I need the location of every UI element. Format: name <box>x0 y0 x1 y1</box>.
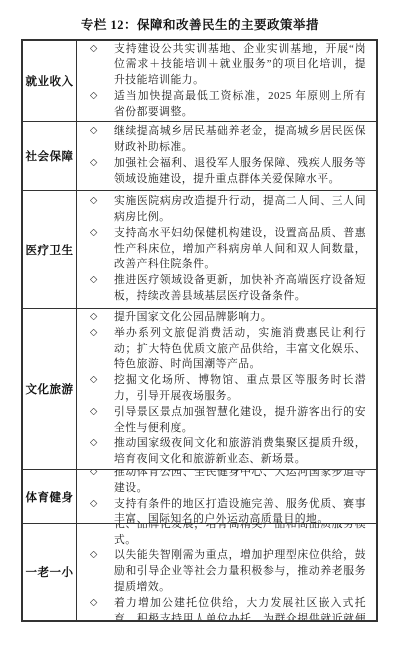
table-row: 医疗卫生◇实施医院病房改造提升行动，提高二人间、三人间病房比例。◇支持高水平妇幼… <box>23 191 376 309</box>
category-cell: 体育健身 <box>23 470 77 523</box>
category-label: 就业收入 <box>26 73 74 89</box>
items-cell: ◇支持建设公共实训基地、企业实训基地，开展“岗位需求＋技能培训＋就业服务”的项目… <box>77 41 376 121</box>
policy-item: ◇引导景区景点加强智慧化建设，提升游客出行的安全性与便利度。 <box>77 405 366 437</box>
item-text: 举办系列文旅促消费活动，实施消费惠民让利行动；扩大特色优质文旅产品供给，丰富文化… <box>114 327 366 371</box>
item-text: 加强社会福利、退役军人服务保障、残疾人服务等领域设施建设，提升重点群体关爱保障水… <box>114 157 366 185</box>
category-label: 文化旅游 <box>26 381 74 397</box>
item-text: 大力发展银发经济，加快规模化、标准化、集群化、品牌化发展，培育高精尖产品和高品质… <box>114 524 366 546</box>
diamond-bullet-icon: ◇ <box>90 596 97 612</box>
policy-items-list: ◇提升国家文化公园品牌影响力。◇举办系列文旅促消费活动，实施消费惠民让利行动；扩… <box>77 310 366 468</box>
diamond-bullet-icon: ◇ <box>90 405 97 421</box>
item-text: 以失能失智刚需为重点，增加护理型床位供给，鼓励和引导企业等社会力量积极参与，推动… <box>114 549 366 593</box>
item-text: 支持高水平妇幼保健机构建设，设置高品质、普惠性产科床位，增加产科病房单人间和双人… <box>114 227 366 271</box>
items-cell: ◇大力发展银发经济，加快规模化、标准化、集群化、品牌化发展，培育高精尖产品和高品… <box>77 524 376 620</box>
policy-items-list: ◇大力发展银发经济，加快规模化、标准化、集群化、品牌化发展，培育高精尖产品和高品… <box>77 524 366 620</box>
policy-item: ◇支持建设公共实训基地、企业实训基地，开展“岗位需求＋技能培训＋就业服务”的项目… <box>77 42 366 89</box>
item-text: 推动国家级夜间文化和旅游消费集聚区提质升级，培育夜间文化和旅游新业态、新场景。 <box>114 437 366 465</box>
table-row: 体育健身◇推动体育公园、全民健身中心、大运河国家步道等建设。◇支持有条件的地区打… <box>23 470 376 524</box>
policy-item: ◇举办系列文旅促消费活动，实施消费惠民让利行动；扩大特色优质文旅产品供给，丰富文… <box>77 326 366 373</box>
policy-item: ◇支持有条件的地区打造设施完善、服务优质、赛事丰富、国际知名的户外运动高质量目的… <box>77 497 366 524</box>
category-cell: 就业收入 <box>23 41 77 121</box>
item-text: 着力增加公建托位供给，大力发展社区嵌入式托育，积极支持用人单位办托，为群众提供就… <box>114 597 366 620</box>
policy-item: ◇支持高水平妇幼保健机构建设，设置高品质、普惠性产科床位，增加产科病房单人间和双… <box>77 226 366 273</box>
policy-item: ◇实施医院病房改造提升行动，提高二人间、三人间病房比例。 <box>77 194 366 226</box>
diamond-bullet-icon: ◇ <box>90 310 97 326</box>
diamond-bullet-icon: ◇ <box>90 226 97 242</box>
policy-item: ◇加强社会福利、退役军人服务保障、残疾人服务等领域设施建设，提升重点群体关爱保障… <box>77 156 366 188</box>
policy-item: ◇推动国家级夜间文化和旅游消费集聚区提质升级，培育夜间文化和旅游新业态、新场景。 <box>77 436 366 468</box>
policy-item: ◇大力发展银发经济，加快规模化、标准化、集群化、品牌化发展，培育高精尖产品和高品… <box>77 524 366 548</box>
diamond-bullet-icon: ◇ <box>90 326 97 342</box>
item-text: 挖掘文化场所、博物馆、重点景区等服务时长潜力，引导开展夜场服务。 <box>114 374 366 402</box>
table-row: 就业收入◇支持建设公共实训基地、企业实训基地，开展“岗位需求＋技能培训＋就业服务… <box>23 41 376 122</box>
category-cell: 文化旅游 <box>23 309 77 469</box>
item-text: 推进医疗领域设备更新，加快补齐高端医疗设备短板，持续改善县域基层医疗设备条件。 <box>114 274 366 302</box>
policy-item: ◇以失能失智刚需为重点，增加护理型床位供给，鼓励和引导企业等社会力量积极参与，推… <box>77 548 366 595</box>
diamond-bullet-icon: ◇ <box>90 470 97 481</box>
diamond-bullet-icon: ◇ <box>90 373 97 389</box>
policy-item: ◇着力增加公建托位供给，大力发展社区嵌入式托育，积极支持用人单位办托，为群众提供… <box>77 596 366 620</box>
item-text: 适当加快提高最低工资标准，2025 年原则上所有省份都要调整。 <box>114 90 366 118</box>
policy-item: ◇推进医疗领域设备更新，加快补齐高端医疗设备短板，持续改善县域基层医疗设备条件。 <box>77 273 366 305</box>
item-text: 支持建设公共实训基地、企业实训基地，开展“岗位需求＋技能培训＋就业服务”的项目化… <box>114 43 366 87</box>
category-label: 社会保障 <box>26 148 74 164</box>
items-cell: ◇继续提高城乡居民基础养老金，提高城乡居民医保财政补助标准。◇加强社会福利、退役… <box>77 122 376 190</box>
category-cell: 医疗卫生 <box>23 191 77 308</box>
policy-item: ◇适当加快提高最低工资标准，2025 年原则上所有省份都要调整。 <box>77 89 366 121</box>
category-cell: 社会保障 <box>23 122 77 190</box>
document-page: 专栏 12：保障和改善民生的主要政策举措 就业收入◇支持建设公共实训基地、企业实… <box>0 0 400 645</box>
items-cell: ◇实施医院病房改造提升行动，提高二人间、三人间病房比例。◇支持高水平妇幼保健机构… <box>77 191 376 308</box>
item-text: 实施医院病房改造提升行动，提高二人间、三人间病房比例。 <box>114 195 366 223</box>
item-text: 推动体育公园、全民健身中心、大运河国家步道等建设。 <box>114 470 366 494</box>
item-text: 支持有条件的地区打造设施完善、服务优质、赛事丰富、国际知名的户外运动高质量目的地… <box>114 498 366 524</box>
diamond-bullet-icon: ◇ <box>90 124 97 140</box>
policy-table: 就业收入◇支持建设公共实训基地、企业实训基地，开展“岗位需求＋技能培训＋就业服务… <box>21 39 378 622</box>
item-text: 引导景区景点加强智慧化建设，提升游客出行的安全性与便利度。 <box>114 406 366 434</box>
diamond-bullet-icon: ◇ <box>90 273 97 289</box>
policy-items-list: ◇实施医院病房改造提升行动，提高二人间、三人间病房比例。◇支持高水平妇幼保健机构… <box>77 194 366 305</box>
category-cell: 一老一小 <box>23 524 77 620</box>
policy-items-list: ◇推动体育公园、全民健身中心、大运河国家步道等建设。◇支持有条件的地区打造设施完… <box>77 470 366 523</box>
item-text: 继续提高城乡居民基础养老金，提高城乡居民医保财政补助标准。 <box>114 125 366 153</box>
diamond-bullet-icon: ◇ <box>90 548 97 564</box>
items-cell: ◇提升国家文化公园品牌影响力。◇举办系列文旅促消费活动，实施消费惠民让利行动；扩… <box>77 309 376 469</box>
items-cell: ◇推动体育公园、全民健身中心、大运河国家步道等建设。◇支持有条件的地区打造设施完… <box>77 470 376 523</box>
policy-item: ◇推动体育公园、全民健身中心、大运河国家步道等建设。 <box>77 470 366 497</box>
category-label: 体育健身 <box>26 489 74 505</box>
policy-item: ◇挖掘文化场所、博物馆、重点景区等服务时长潜力，引导开展夜场服务。 <box>77 373 366 405</box>
table-row: 文化旅游◇提升国家文化公园品牌影响力。◇举办系列文旅促消费活动，实施消费惠民让利… <box>23 309 376 470</box>
table-row: 一老一小◇大力发展银发经济，加快规模化、标准化、集群化、品牌化发展，培育高精尖产… <box>23 524 376 620</box>
diamond-bullet-icon: ◇ <box>90 156 97 172</box>
diamond-bullet-icon: ◇ <box>90 89 97 105</box>
diamond-bullet-icon: ◇ <box>90 42 97 58</box>
policy-item: ◇继续提高城乡居民基础养老金，提高城乡居民医保财政补助标准。 <box>77 124 366 156</box>
table-row: 社会保障◇继续提高城乡居民基础养老金，提高城乡居民医保财政补助标准。◇加强社会福… <box>23 122 376 191</box>
policy-items-list: ◇支持建设公共实训基地、企业实训基地，开展“岗位需求＋技能培训＋就业服务”的项目… <box>77 42 366 121</box>
diamond-bullet-icon: ◇ <box>90 194 97 210</box>
diamond-bullet-icon: ◇ <box>90 436 97 452</box>
item-text: 提升国家文化公园品牌影响力。 <box>114 311 272 323</box>
page-title: 专栏 12：保障和改善民生的主要政策举措 <box>0 15 400 33</box>
policy-items-list: ◇继续提高城乡居民基础养老金，提高城乡居民医保财政补助标准。◇加强社会福利、退役… <box>77 124 366 187</box>
diamond-bullet-icon: ◇ <box>90 497 97 513</box>
category-label: 一老一小 <box>26 564 74 580</box>
category-label: 医疗卫生 <box>26 242 74 258</box>
policy-item: ◇提升国家文化公园品牌影响力。 <box>77 310 366 326</box>
